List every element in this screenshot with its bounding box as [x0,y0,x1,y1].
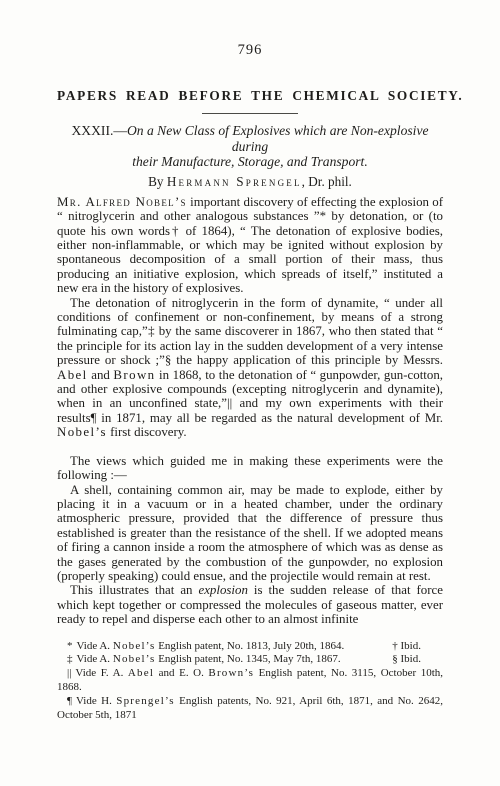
footnote-2-post: English patent, No. 1345, May 7th, 1867. [155,653,340,665]
footnote-4-pre: Vide H. [76,695,116,707]
paragraph-2-text: The detonation of nitroglycerin in the f… [57,296,443,368]
paragraph-2-text: first discovery. [107,425,187,439]
page-content: PAPERS READ BEFORE THE CHEMICAL SOCIETY.… [57,88,443,723]
name-abel: Abel [128,667,154,679]
footnote-1-ibid: † Ibid. [392,640,421,654]
asterisk-marker: * [67,640,77,652]
footnote-3-pre: Vide F. A. [75,667,128,679]
article-title-line2: their Manufacture, Storage, and Transpor… [132,154,368,169]
article-title-line1: On a New Class of Explosives which are N… [127,123,429,154]
page-number: 796 [0,0,500,59]
article-body: Mr. Alfred Nobel’s important discovery o… [57,195,443,627]
footnote-1-pre: Vide A. [77,640,113,652]
byline-prefix: By [148,174,167,189]
emphasized-word: explosion [198,583,247,597]
paragraph-2: The detonation of nitroglycerin in the f… [57,296,443,440]
paragraph-5: This illustrates that an explosion is th… [57,583,443,626]
double-dagger-marker: ‡ [67,653,77,665]
name-nobel: Nobel’s [113,653,156,665]
footnote-2-text: ‡Vide A. Nobel’s English patent, No. 134… [57,653,341,667]
paragraph-5-text: This illustrates that an [70,583,198,597]
paragraph-4: A shell, containing common air, may be m… [57,483,443,584]
footnote-1-text: *Vide A. Nobel’s English patent, No. 181… [57,640,344,654]
author-name-smallcaps: Mr. Alfred Nobel’s [57,195,187,209]
footnote-2: ‡Vide A. Nobel’s English patent, No. 134… [57,653,443,667]
article-number: XXXII.— [71,123,127,138]
footnote-4: ¶Vide H. Sprengel’s English patents, No.… [57,695,443,723]
byline-suffix: , Dr. phil. [302,174,352,189]
name-sprengel: Sprengel’s [116,695,174,707]
byline-author: Hermann Sprengel [167,174,302,189]
name-abel: Abel [57,368,88,382]
scanned-journal-page: 796 PAPERS READ BEFORE THE CHEMICAL SOCI… [0,0,500,786]
footnote-2-pre: Vide A. [77,653,113,665]
article-title: XXXII.—On a New Class of Explosives whic… [57,123,443,170]
paragraph-2-text: and [88,368,114,382]
name-brown: Brown [113,368,155,382]
footnote-2-ibid: § Ibid. [392,653,421,667]
name-nobel: Nobel’s [113,640,156,652]
footnote-1: *Vide A. Nobel’s English patent, No. 181… [57,640,443,654]
paragraph-1: Mr. Alfred Nobel’s important discovery o… [57,195,443,296]
series-heading: PAPERS READ BEFORE THE CHEMICAL SOCIETY. [57,88,443,104]
name-brown: Brown’s [208,667,254,679]
name-nobel: Nobel’s [57,425,107,439]
footnote-1-post: English patent, No. 1813, July 20th, 186… [155,640,344,652]
pilcrow-marker: ¶ [67,695,76,707]
paragraph-3: The views which guided me in making thes… [57,454,443,483]
paragraph-1-text: important discovery of effecting the exp… [57,195,443,295]
footnote-3: ||Vide F. A. Abel and E. O. Brown’s Engl… [57,667,443,695]
byline: By Hermann Sprengel, Dr. phil. [57,174,443,190]
footnotes-section: *Vide A. Nobel’s English patent, No. 181… [57,640,443,723]
heading-rule-divider [202,113,298,114]
footnote-3-mid: and E. O. [154,667,208,679]
